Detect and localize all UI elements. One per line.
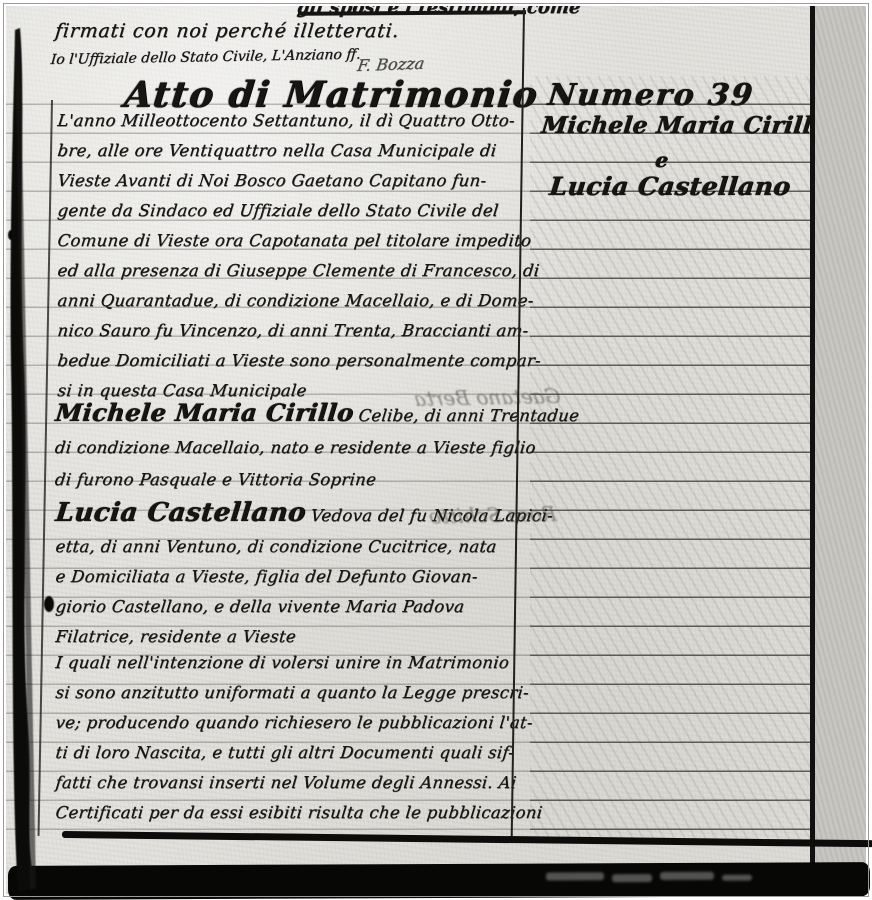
- groom-detail-line: di condizione Macellaio, nato e resident…: [54, 438, 537, 457]
- official-closing-line: Io l'Uffiziale dello Stato Civile, L'Anz…: [50, 47, 361, 68]
- margin-conjunction: e: [654, 148, 670, 172]
- body-line: L'anno Milleottocento Settantuno, il dì …: [56, 106, 537, 136]
- act-body-paragraph-1: L'anno Milleottocento Settantuno, il dì …: [56, 106, 534, 406]
- body-line: I quali nell'intenzione di volersi unire…: [54, 648, 535, 678]
- paper-background: gli sposi e i testimoni, come firmati co…: [6, 6, 866, 894]
- act-body-paragraph-2: I quali nell'intenzione di volersi unire…: [54, 648, 532, 828]
- official-signature: F. Bozza: [356, 54, 426, 75]
- body-line: fatti che trovansi inserti nel Volume de…: [54, 768, 535, 798]
- bleedthrough-signature: Gaetano Berta: [412, 384, 562, 411]
- record-number: Numero 39: [546, 78, 756, 113]
- microfilm-smudge: [660, 872, 714, 880]
- body-line: bedue Domiciliati a Vieste sono personal…: [56, 346, 537, 376]
- bride-name-inline: Lucia Castellano: [54, 498, 308, 528]
- body-line: ed alla presenza di Giuseppe Clemente di…: [56, 256, 537, 286]
- body-line: bre, alle ore Ventiquattro nella Casa Mu…: [56, 136, 537, 166]
- book-gutter-shadow: [6, 6, 58, 894]
- illiterate-note: firmati con noi perché illetterati.: [54, 20, 401, 42]
- body-line: Comune di Vieste ora Capotanata pel tito…: [56, 226, 537, 256]
- body-line: gente da Sindaco ed Uffiziale dello Stat…: [56, 196, 537, 226]
- scanned-marriage-record-page: gli sposi e i testimoni, come firmati co…: [0, 0, 872, 900]
- margin-groom-name: Michele Maria Cirillo: [540, 112, 829, 139]
- body-line: ve; producendo quando richiesero le pubb…: [54, 708, 535, 738]
- groom-name-inline: Michele Maria Cirillo: [54, 398, 355, 427]
- body-line: Vieste Avanti di Noi Bosco Gaetano Capit…: [56, 166, 537, 196]
- body-line: ti di loro Nascita, e tutti gli altri Do…: [54, 738, 535, 768]
- body-line: Certificati per da essi esibiti risulta …: [54, 798, 535, 828]
- body-line: etta, di anni Ventuno, di condizione Cuc…: [54, 532, 535, 562]
- body-line: giorio Castellano, e della vivente Maria…: [54, 592, 535, 622]
- scan-bottom-band: [8, 862, 870, 900]
- bride-details: etta, di anni Ventuno, di condizione Cuc…: [54, 532, 532, 652]
- microfilm-smudge: [612, 874, 652, 882]
- body-line: nico Sauro fu Vincenzo, di anni Trenta, …: [56, 316, 537, 346]
- microfilm-smudge: [546, 872, 604, 880]
- bleedthrough-signature: Rosa Schitto: [427, 502, 558, 529]
- margin-bride-name: Lucia Castellano: [548, 172, 792, 201]
- body-line: e Domiciliata a Vieste, figlia del Defun…: [54, 562, 535, 592]
- body-line: si sono anzitutto uniformati a quanto la…: [54, 678, 535, 708]
- microfilm-smudge: [722, 875, 752, 881]
- outside-page-area: [815, 6, 866, 894]
- body-line: anni Quarantadue, di condizione Macellai…: [56, 286, 537, 316]
- groom-detail-line: di furono Pasquale e Vittoria Soprine: [54, 470, 377, 489]
